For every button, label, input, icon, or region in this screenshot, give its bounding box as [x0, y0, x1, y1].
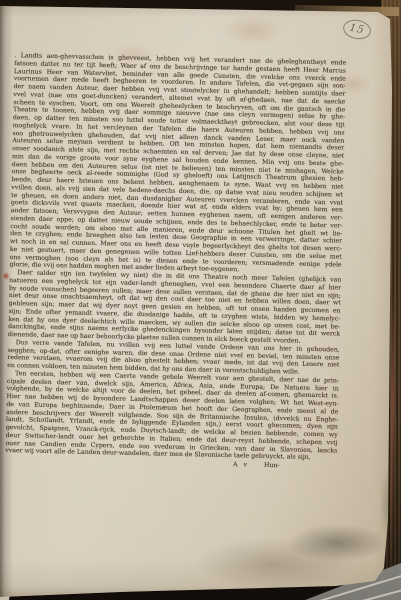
paragraph: Daer salder sijn (en twyfelen wy niet) d… [8, 269, 341, 346]
catchword: Hun- [264, 462, 280, 470]
paragraph: . Landts aen-ghevvasschen is ghevveest, … [9, 52, 346, 276]
handwritten-folio-number: 15 [341, 18, 372, 42]
signature-mark: A v [233, 461, 249, 469]
book-photo: 15 . Landts aen-ghevvasschen is ghevvees… [0, 0, 401, 600]
paragraphs-container: . Landts aen-ghevvasschen is ghevveest, … [5, 52, 346, 462]
book-page: 15 . Landts aen-ghevvasschen is ghevvees… [0, 0, 401, 600]
page-text: . Landts aen-ghevvasschen is ghevveest, … [5, 52, 346, 472]
paragraph: Ten eersten, hebben wij een Caerte vande… [5, 370, 339, 463]
